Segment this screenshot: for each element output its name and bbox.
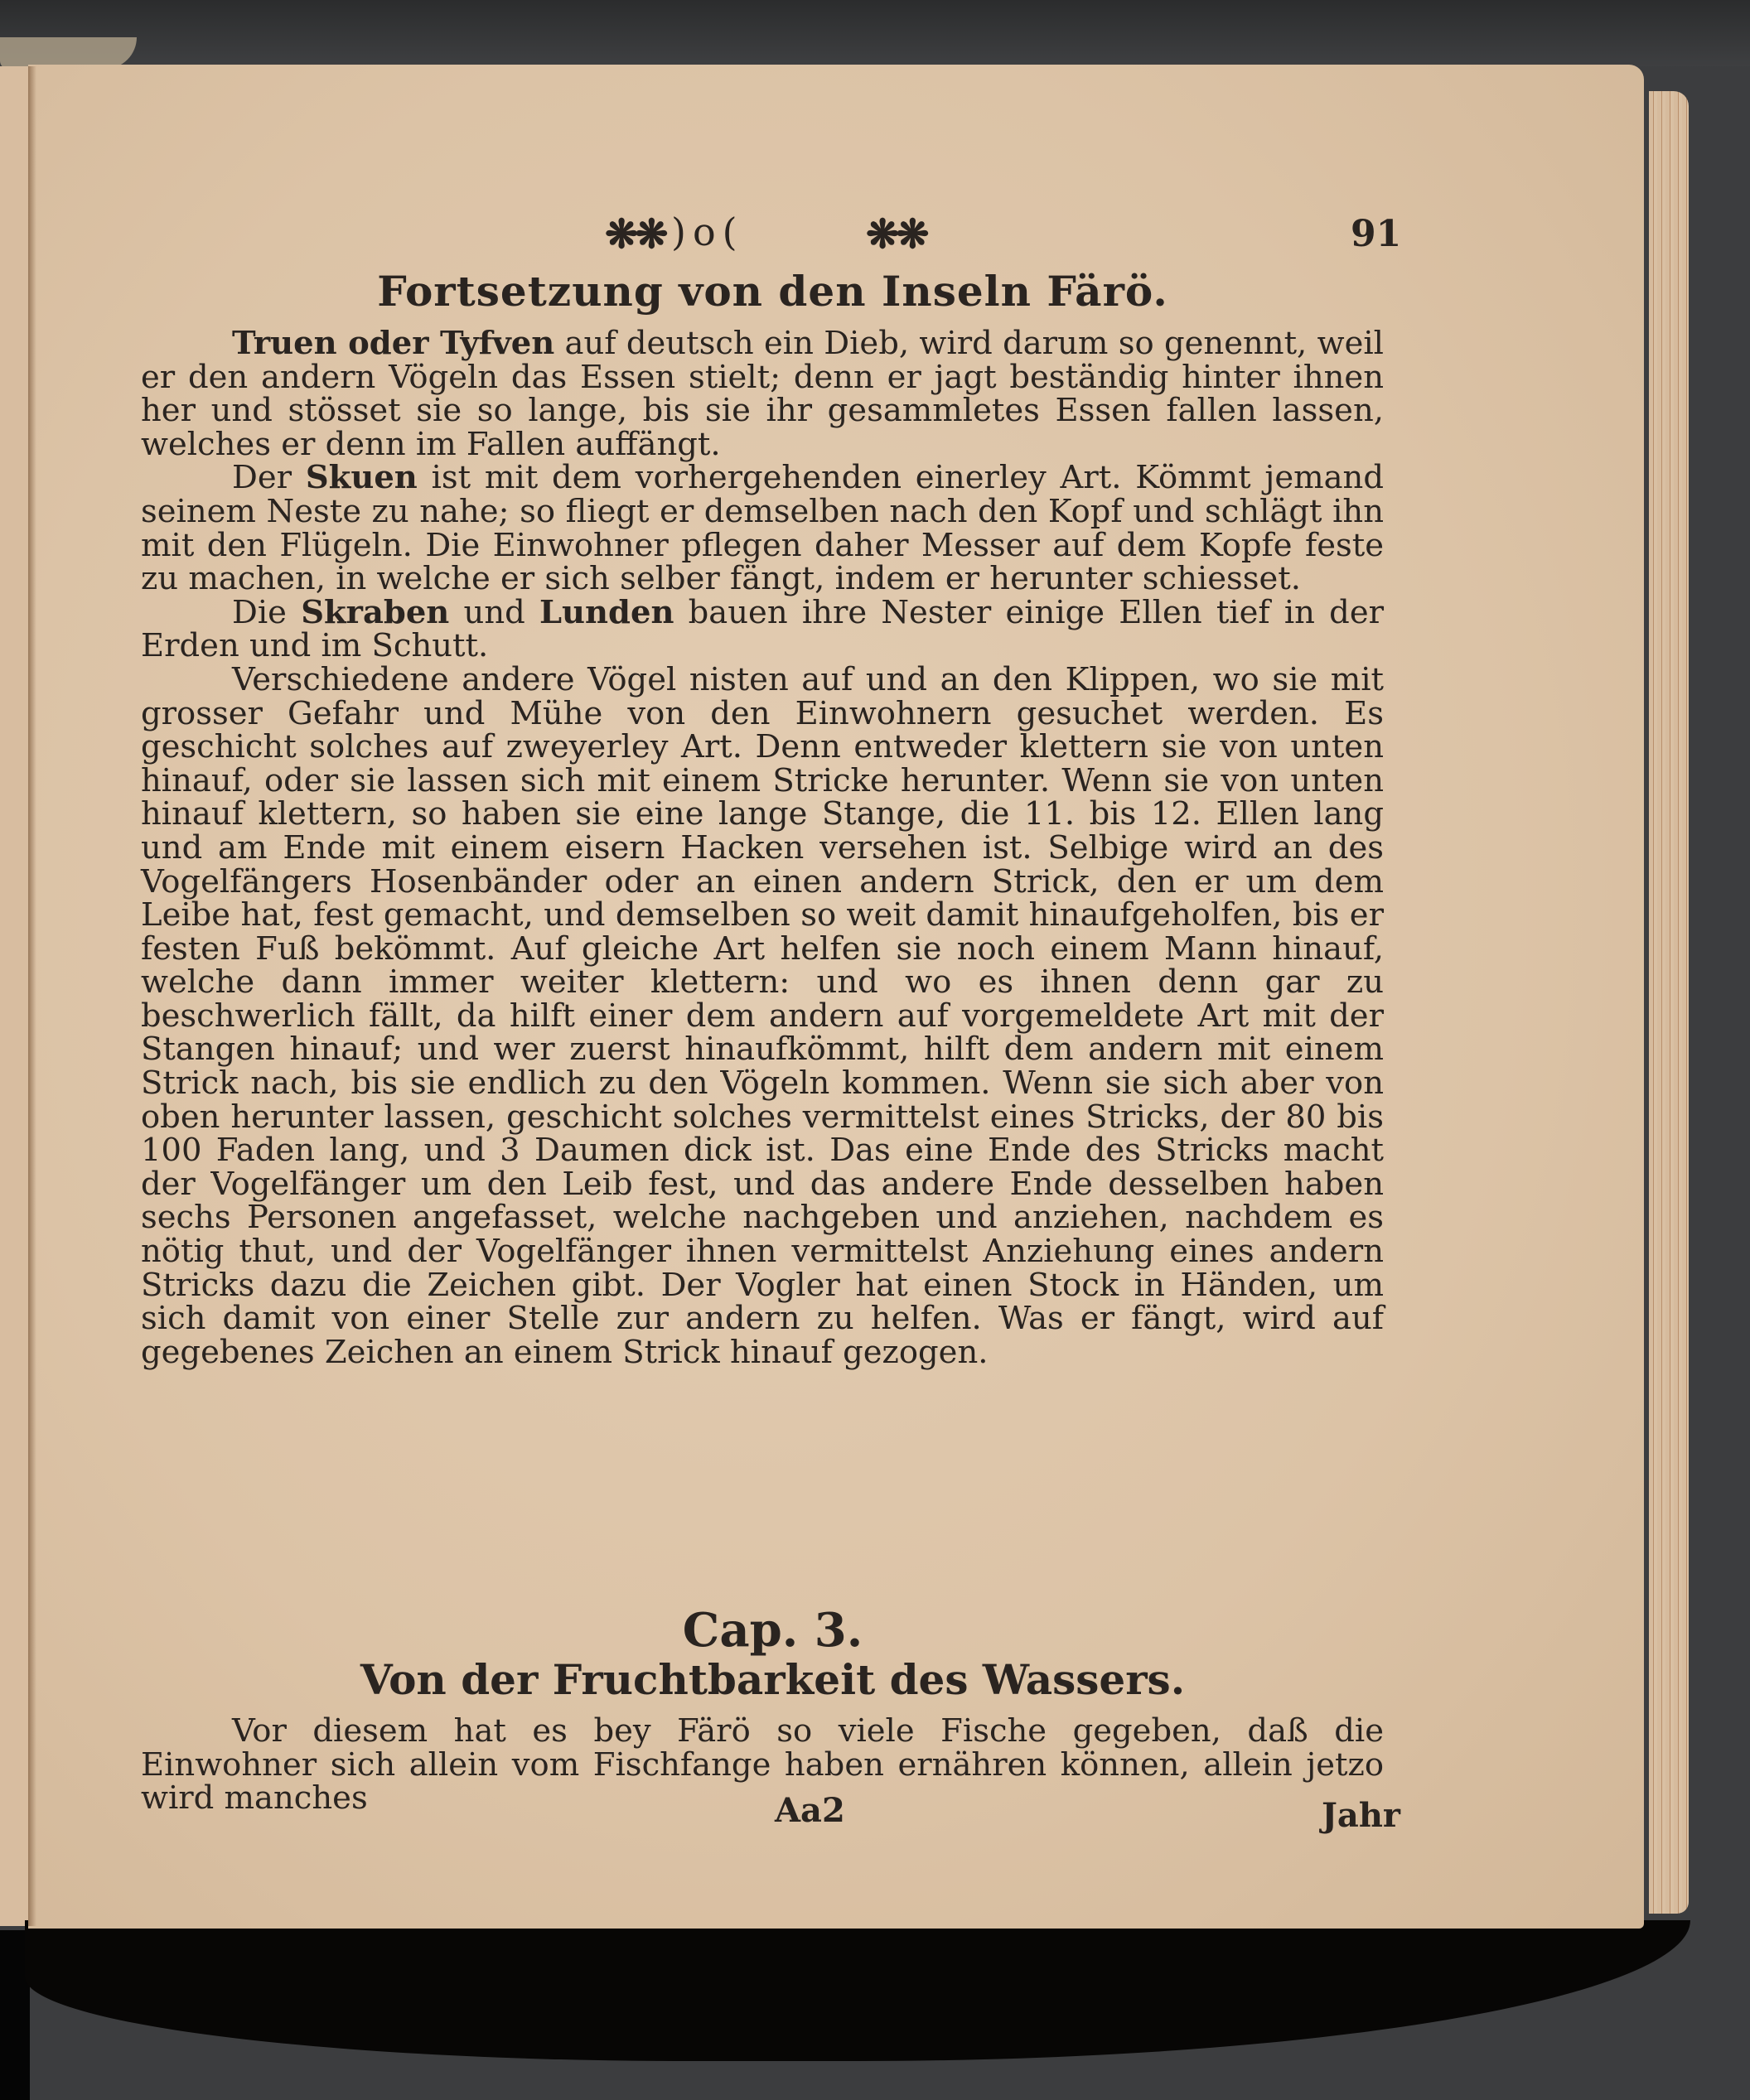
body-text: Truen oder Tyfven auf deutsch ein Dieb, … bbox=[141, 327, 1384, 1369]
running-head: ❋❋ )o( ❋❋ 91 bbox=[605, 211, 1384, 261]
section-title: Fortsetzung von den Inseln Färö. bbox=[133, 267, 1413, 316]
running-head-marker: )o( bbox=[671, 210, 744, 254]
left-page-edge bbox=[0, 66, 30, 1926]
chapter-opening: Vor diesem hat es bey Färö so viele Fisc… bbox=[141, 1715, 1384, 1816]
paragraph: Die Skraben und Lunden bauen ihre Nester… bbox=[141, 596, 1384, 664]
ornament-icon: ❋❋ bbox=[866, 211, 926, 258]
signature-mark: Aa2 bbox=[775, 1791, 845, 1830]
page-block-edges bbox=[1649, 91, 1689, 1914]
paragraph: Truen oder Tyfven auf deutsch ein Dieb, … bbox=[141, 327, 1384, 461]
catchword: Jahr bbox=[1322, 1796, 1400, 1835]
paragraph: Der Skuen ist mit dem vorhergehenden ein… bbox=[141, 461, 1384, 596]
bird-name: Skuen bbox=[306, 459, 418, 496]
bird-name: Truen oder Tyfven bbox=[232, 325, 554, 362]
paragraph: Vor diesem hat es bey Färö so viele Fisc… bbox=[141, 1715, 1384, 1816]
paragraph: Verschiedene andere Vögel nisten auf und… bbox=[141, 664, 1384, 1369]
bird-name: Skraben bbox=[301, 594, 449, 631]
scan-background bbox=[0, 0, 1750, 66]
page-number: 91 bbox=[1351, 213, 1401, 255]
chapter-label: Cap. 3. bbox=[133, 1603, 1413, 1658]
gutter-shadow bbox=[28, 66, 36, 1926]
bird-name: Lunden bbox=[539, 594, 674, 631]
ornament-icon: ❋❋ bbox=[605, 211, 665, 258]
page-shadow bbox=[25, 1920, 1690, 2061]
chapter-title: Von der Fruchtbarkeit des Wassers. bbox=[133, 1655, 1413, 1704]
